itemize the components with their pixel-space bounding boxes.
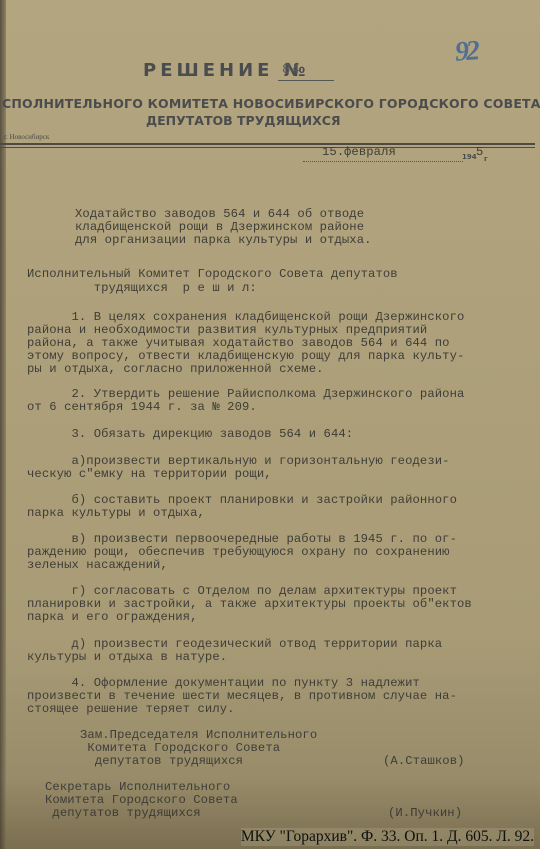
subject-line: для организации парка культуры и отдыха. (75, 234, 372, 248)
organization-line-1: СПОЛНИТЕЛЬНОГО КОМИТЕТА НОВОСИБИРСКОГО Г… (2, 96, 540, 111)
item-1-line: ры и отдыха, согласно приложенной схеме. (27, 363, 324, 377)
signature-2-title: депутатов трудящихся (45, 807, 201, 821)
item-3g-line: парка и его ограждения, (27, 611, 198, 625)
signature-1-title: депутатов трудящихся (80, 755, 243, 769)
date-month: февраля (344, 146, 396, 160)
item-3v-line: зеленых насаждений, (27, 559, 168, 573)
item-3b-line: парка культуры и отдыха, (27, 507, 205, 521)
number-underline (278, 80, 334, 81)
date-year-suffix: 5 (476, 146, 483, 160)
item-4-line: стоящее решение теряет силу. (27, 703, 235, 717)
city-label: г. Новосибирск (4, 133, 49, 141)
preamble-line: трудящихся р е ш и л: (27, 282, 257, 296)
item-3d-line: культуры и отдыха в натуре. (27, 651, 227, 665)
organization-line-2: ДЕПУТАТОВ ТРУДЯЩИХСЯ (146, 113, 341, 128)
header-divider (0, 143, 535, 145)
item-2-line: от 6 сентября 1944 г. за № 209. (27, 401, 257, 415)
page-edge (0, 0, 6, 849)
date-year-abbr: г (484, 155, 488, 163)
handwritten-page-number: 92 (454, 35, 478, 68)
archive-reference: МКУ "Горархив". Ф. 33. Оп. 1. Д. 605. Л.… (241, 828, 534, 846)
date-year-prefix: 194 (462, 153, 477, 161)
signature-2-name: (И.Пучкин) (388, 807, 462, 821)
decision-number: 84 (282, 62, 301, 78)
date-underline (303, 161, 463, 162)
date-day: 15. (322, 146, 344, 160)
item-3-line: 3. Обязать дирекцию заводов 564 и 644: (27, 428, 353, 442)
preamble-line: Исполнительный Комитет Городского Совета… (27, 268, 398, 282)
signature-1-name: (А.Сташков) (383, 755, 465, 769)
header-divider-thin (0, 147, 535, 148)
item-3a-line: ческую с"емку на территории рощи, (27, 468, 272, 482)
